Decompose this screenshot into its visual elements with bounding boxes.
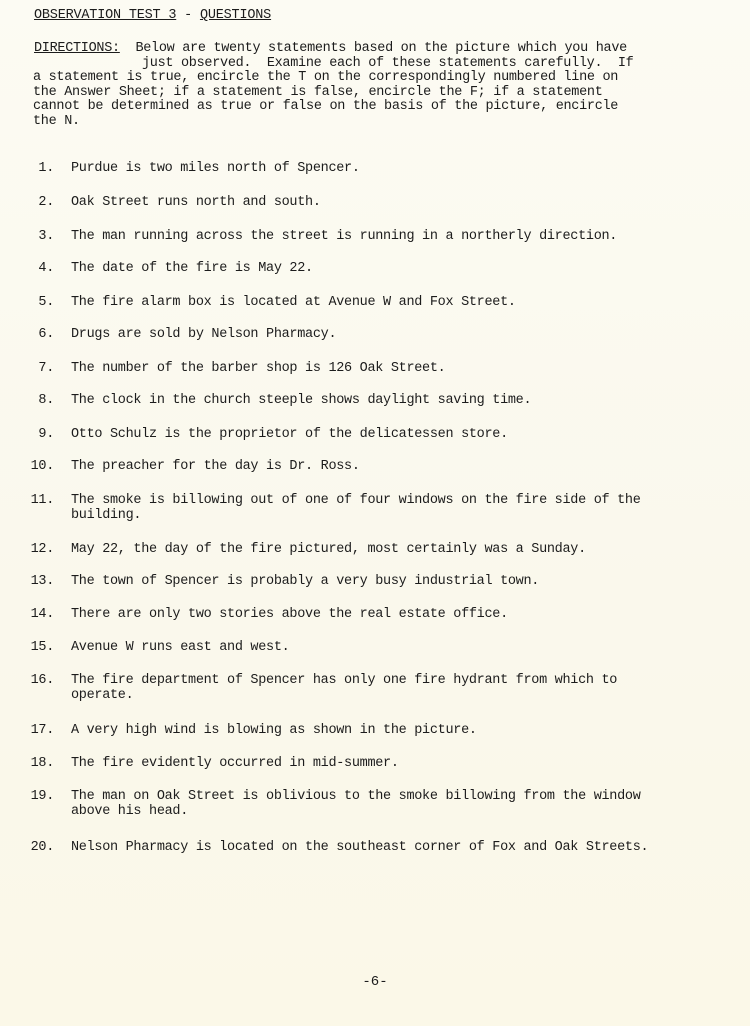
question-number: 12. bbox=[14, 543, 54, 558]
question-text: The man running across the street is run… bbox=[71, 230, 681, 245]
title-main: OBSERVATION TEST 3 bbox=[34, 8, 176, 23]
question-number: 17. bbox=[14, 724, 54, 739]
question-number: 16. bbox=[14, 674, 54, 689]
question-text: The fire evidently occurred in mid-summe… bbox=[71, 757, 681, 772]
title-sub: QUESTIONS bbox=[200, 8, 271, 23]
question-number: 7. bbox=[14, 362, 54, 377]
directions-line-4: the Answer Sheet; if a statement is fals… bbox=[33, 86, 674, 101]
question-text: Oak Street runs north and south. bbox=[71, 196, 681, 211]
question-text: The smoke is billowing out of one of fou… bbox=[71, 494, 681, 523]
document-page: OBSERVATION TEST 3 - QUESTIONS DIRECTION… bbox=[0, 0, 750, 1026]
question-number: 6. bbox=[14, 328, 54, 343]
directions-label: DIRECTIONS: bbox=[34, 41, 120, 56]
question-text: The man on Oak Street is oblivious to th… bbox=[71, 790, 681, 819]
question-text: There are only two stories above the rea… bbox=[71, 608, 681, 623]
question-text: The fire alarm box is located at Avenue … bbox=[71, 296, 681, 311]
question-number: 8. bbox=[14, 394, 54, 409]
question-number: 5. bbox=[14, 296, 54, 311]
question-text: May 22, the day of the fire pictured, mo… bbox=[71, 543, 681, 558]
question-number: 13. bbox=[14, 575, 54, 590]
directions-line-3: a statement is true, encircle the T on t… bbox=[33, 71, 674, 86]
question-number: 1. bbox=[14, 162, 54, 177]
directions-block: DIRECTIONS: Below are twenty statements … bbox=[34, 42, 674, 129]
question-number: 3. bbox=[14, 230, 54, 245]
question-text: Drugs are sold by Nelson Pharmacy. bbox=[71, 328, 681, 343]
question-text: The town of Spencer is probably a very b… bbox=[71, 575, 681, 590]
directions-line-5: cannot be determined as true or false on… bbox=[33, 100, 674, 115]
directions-line-1: DIRECTIONS: Below are twenty statements … bbox=[34, 42, 674, 57]
page-number: -6- bbox=[0, 974, 750, 990]
question-number: 19. bbox=[14, 790, 54, 805]
question-text: The fire department of Spencer has only … bbox=[71, 674, 681, 703]
question-number: 14. bbox=[14, 608, 54, 623]
directions-line-2: just observed. Examine each of these sta… bbox=[34, 57, 674, 72]
question-text: The preacher for the day is Dr. Ross. bbox=[71, 460, 681, 475]
page-title: OBSERVATION TEST 3 - QUESTIONS bbox=[34, 8, 271, 23]
directions-line-6: the N. bbox=[33, 115, 674, 130]
question-text: Avenue W runs east and west. bbox=[71, 641, 681, 656]
question-number: 15. bbox=[14, 641, 54, 656]
question-text: The date of the fire is May 22. bbox=[71, 262, 681, 277]
question-number: 2. bbox=[14, 196, 54, 211]
question-number: 4. bbox=[14, 262, 54, 277]
question-text: A very high wind is blowing as shown in … bbox=[71, 724, 681, 739]
question-text: Nelson Pharmacy is located on the southe… bbox=[71, 841, 681, 856]
question-text: The clock in the church steeple shows da… bbox=[71, 394, 681, 409]
question-number: 9. bbox=[14, 428, 54, 443]
question-text: Otto Schulz is the proprietor of the del… bbox=[71, 428, 681, 443]
title-separator: - bbox=[176, 8, 200, 23]
question-number: 18. bbox=[14, 757, 54, 772]
question-text: Purdue is two miles north of Spencer. bbox=[71, 162, 681, 177]
question-number: 11. bbox=[14, 494, 54, 509]
question-number: 10. bbox=[14, 460, 54, 475]
question-number: 20. bbox=[14, 841, 54, 856]
question-text: The number of the barber shop is 126 Oak… bbox=[71, 362, 681, 377]
